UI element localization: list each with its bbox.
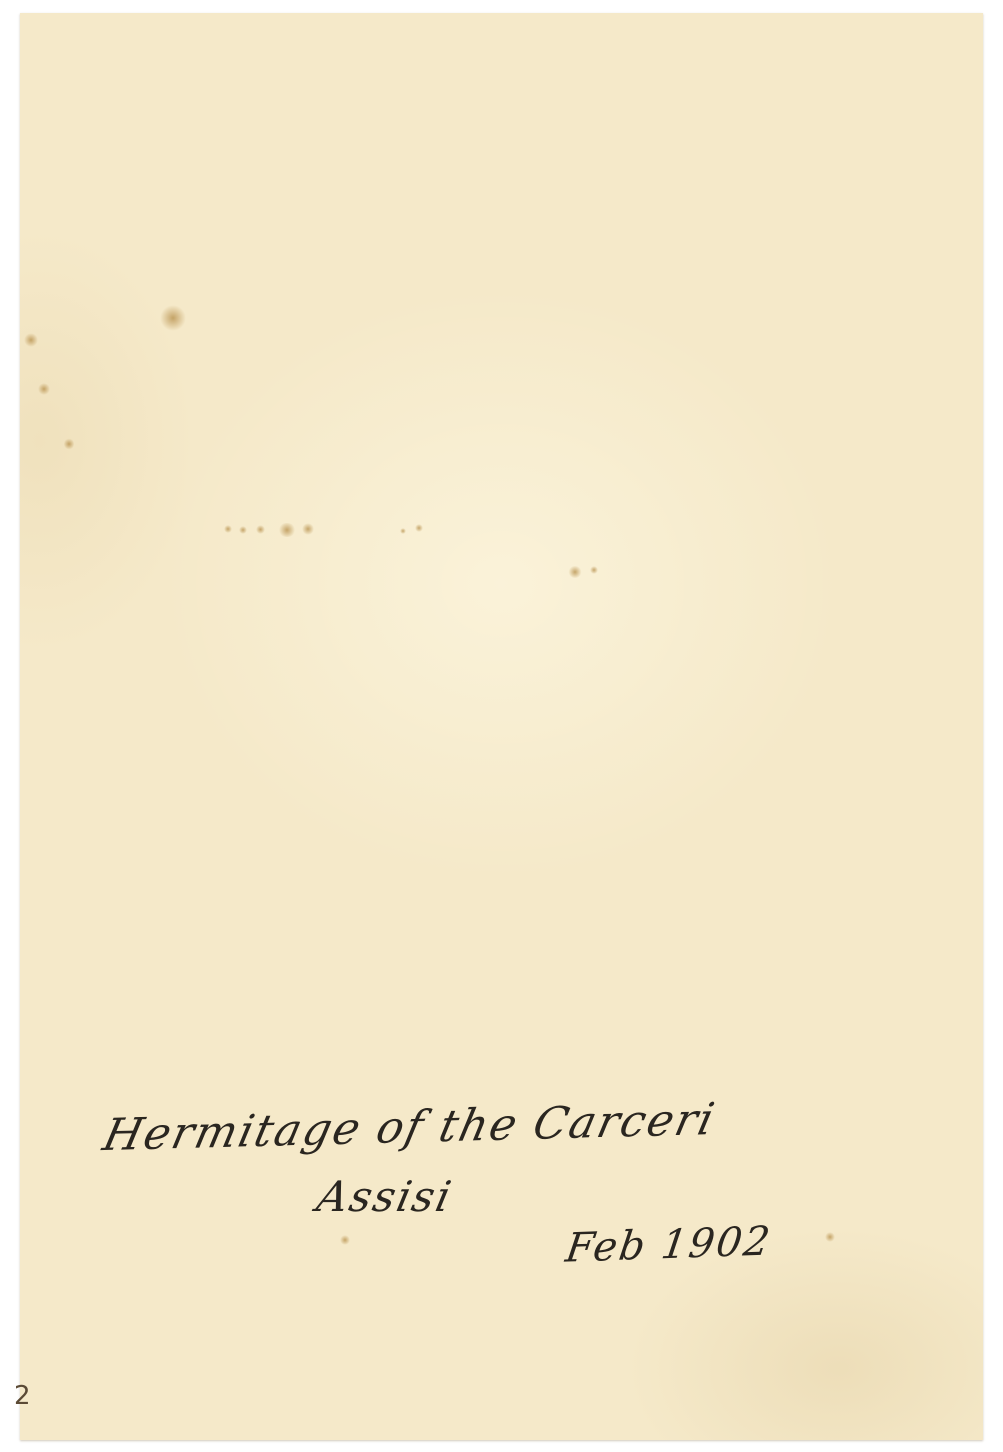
- stain: [239, 526, 247, 534]
- stain: [302, 523, 314, 535]
- stain: [825, 1232, 835, 1242]
- stain: [38, 383, 50, 395]
- scanned-document: Hermitage of the Carceri Assisi Feb 1902…: [0, 0, 1003, 1452]
- stain: [160, 305, 186, 331]
- stain: [64, 438, 74, 450]
- stain: [415, 524, 423, 532]
- corner-number-mark: 2: [14, 1381, 31, 1411]
- stain: [568, 566, 582, 578]
- inscription-place: Assisi: [313, 1172, 457, 1221]
- stain: [256, 525, 265, 534]
- stain: [24, 333, 38, 347]
- stain: [278, 523, 296, 537]
- inscription-date: Feb 1902: [563, 1218, 775, 1271]
- stain: [340, 1235, 350, 1245]
- stain: [590, 566, 598, 574]
- stain: [400, 528, 406, 534]
- stain: [224, 525, 232, 533]
- paper-sheet: [20, 13, 983, 1440]
